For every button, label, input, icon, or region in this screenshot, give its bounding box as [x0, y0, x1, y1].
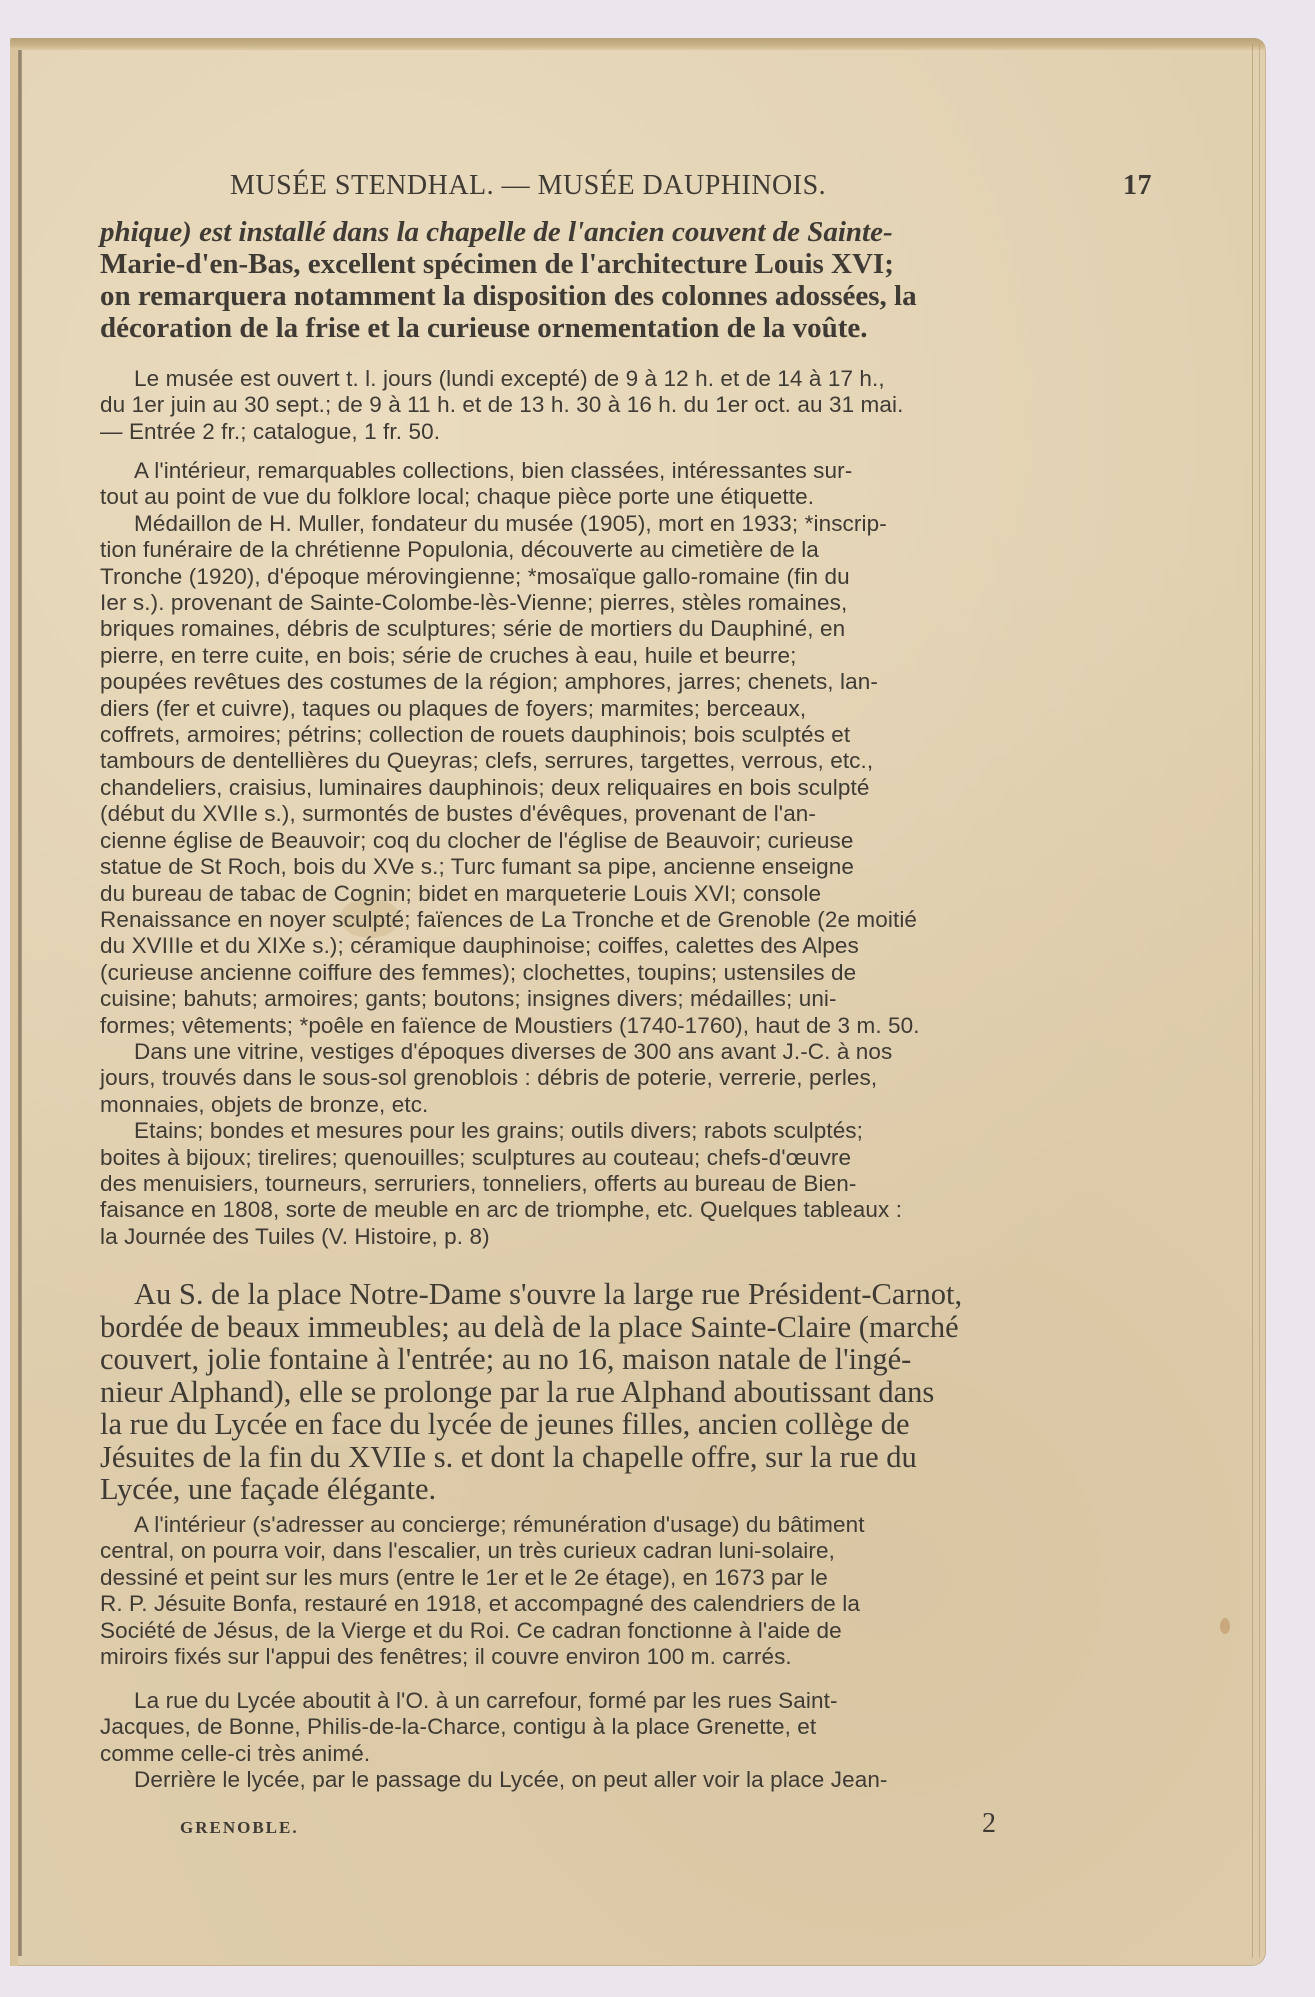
paragraph-rue-president-carnot: Au S. de la place Notre-Dame s'ouvre la …	[100, 1278, 1152, 1506]
text-line: boites à bijoux; tirelires; quenouilles;…	[100, 1145, 1152, 1171]
text-line: comme celle-ci très animé.	[100, 1741, 1152, 1767]
text-line: faisance en 1808, sorte de meuble en arc…	[100, 1197, 1152, 1223]
page-right-edge	[1252, 44, 1260, 1958]
text-line: A l'intérieur (s'adresser au concierge; …	[100, 1512, 1152, 1538]
text-line: Société de Jésus, de la Vierge et du Roi…	[100, 1618, 1152, 1644]
text-line: Tronche (1920), d'époque mérovingienne; …	[100, 564, 1152, 590]
text-line: central, on pourra voir, dans l'escalier…	[100, 1538, 1152, 1564]
paragraph-rue-du-lycee: La rue du Lycée aboutit à l'O. à un carr…	[100, 1688, 1152, 1794]
text-line: Au S. de la place Notre-Dame s'ouvre la …	[100, 1278, 1152, 1311]
text-line: (début du XVIIe s.), surmontés de bustes…	[100, 801, 1152, 827]
page-top-edge	[10, 38, 1266, 50]
page-number: 17	[1123, 170, 1152, 202]
text-line: La rue du Lycée aboutit à l'O. à un carr…	[100, 1688, 1152, 1714]
text-line: poupées revêtues des costumes de la régi…	[100, 669, 1152, 695]
text-line: dessiné et peint sur les murs (entre le …	[100, 1565, 1152, 1591]
text-line: du XVIIIe et du XIXe s.); céramique daup…	[100, 933, 1152, 959]
text-line: tion funéraire de la chrétienne Populoni…	[100, 537, 1152, 563]
text-line: nieur Alphand), elle se prolonge par la …	[100, 1376, 1152, 1409]
text-line: Le musée est ouvert t. l. jours (lundi e…	[100, 366, 1152, 392]
footer-sheet-number: 2	[982, 1808, 996, 1840]
text-line: coffrets, armoires; pétrins; collection …	[100, 722, 1152, 748]
line-text: phique) est installé dans la chapelle de…	[100, 216, 893, 248]
text-line: jours, trouvés dans le sous-sol grenoblo…	[100, 1065, 1152, 1091]
text-line: formes; vêtements; *poêle en faïence de …	[100, 1013, 1152, 1039]
text-line: monnaies, objets de bronze, etc.	[100, 1092, 1152, 1118]
text-line: A l'intérieur, remarquables collections,…	[100, 458, 1152, 484]
text-line: on remarquera notamment la disposition d…	[100, 280, 1152, 312]
text-line: Marie-d'en-Bas, excellent spécimen de l'…	[100, 248, 1152, 280]
running-head-title: MUSÉE STENDHAL. — MUSÉE DAUPHINOIS.	[230, 170, 826, 202]
text-line: Jésuites de la fin du XVIIe s. et dont l…	[100, 1441, 1152, 1474]
paper-stain	[1220, 1618, 1230, 1634]
text-line: phique) est installé dans la chapelle de…	[100, 216, 1152, 248]
text-line: décoration de la frise et la curieuse or…	[100, 312, 1152, 344]
text-line: diers (fer et cuivre), taques ou plaques…	[100, 696, 1152, 722]
text-line: Médaillon de H. Muller, fondateur du mus…	[100, 511, 1152, 537]
text-line: Dans une vitrine, vestiges d'époques div…	[100, 1039, 1152, 1065]
text-line: des menuisiers, tourneurs, serruriers, t…	[100, 1171, 1152, 1197]
text-line: — Entrée 2 fr.; catalogue, 1 fr. 50.	[100, 419, 1152, 445]
text-line: pierre, en terre cuite, en bois; série d…	[100, 643, 1152, 669]
text-line: couvert, jolie fontaine à l'entrée; au n…	[100, 1343, 1152, 1376]
text-line: Lycée, une façade élégante.	[100, 1473, 1152, 1506]
text-line: statue de St Roch, bois du XVe s.; Turc …	[100, 854, 1152, 880]
text-line: R. P. Jésuite Bonfa, restauré en 1918, e…	[100, 1591, 1152, 1617]
paragraph-opening-hours: Le musée est ouvert t. l. jours (lundi e…	[100, 366, 1152, 445]
paragraph-collections: A l'intérieur, remarquables collections,…	[100, 458, 1152, 1250]
footer-signature: GRENOBLE.	[180, 1818, 299, 1838]
paragraph-chapel: phique) est installé dans la chapelle de…	[100, 216, 1152, 344]
text-line: bordée de beaux immeubles; au delà de la…	[100, 1311, 1152, 1344]
text-line: Jacques, de Bonne, Philis-de-la-Charce, …	[100, 1714, 1152, 1740]
page-spine	[10, 38, 18, 1966]
text-line: du 1er juin au 30 sept.; de 9 à 11 h. et…	[100, 392, 1152, 418]
text-line: Ier s.). provenant de Sainte-Colombe-lès…	[100, 590, 1152, 616]
text-line: cienne église de Beauvoir; coq du cloche…	[100, 828, 1152, 854]
text-line: chandeliers, craisius, luminaires dauphi…	[100, 775, 1152, 801]
text-line: briques romaines, débris de sculptures; …	[100, 616, 1152, 642]
text-line: cuisine; bahuts; armoires; gants; bouton…	[100, 986, 1152, 1012]
text-line: du bureau de tabac de Cognin; bidet en m…	[100, 881, 1152, 907]
binding-stitch	[18, 46, 22, 1956]
text-line: la Journée des Tuiles (V. Histoire, p. 8…	[100, 1224, 1152, 1250]
text-line: la rue du Lycée en face du lycée de jeun…	[100, 1408, 1152, 1441]
text-line: tambours de dentellières du Queyras; cle…	[100, 748, 1152, 774]
text-line: Renaissance en noyer sculpté; faïences d…	[100, 907, 1152, 933]
text-line: tout au point de vue du folklore local; …	[100, 484, 1152, 510]
text-line: miroirs fixés sur l'appui des fenêtres; …	[100, 1644, 1152, 1670]
text-line: Derrière le lycée, par le passage du Lyc…	[100, 1767, 1152, 1793]
text-line: Etains; bondes et mesures pour les grain…	[100, 1118, 1152, 1144]
paragraph-cadran-luni-solaire: A l'intérieur (s'adresser au concierge; …	[100, 1512, 1152, 1670]
text-line: (curieuse ancienne coiffure des femmes);…	[100, 960, 1152, 986]
running-head: MUSÉE STENDHAL. — MUSÉE DAUPHINOIS. 17	[100, 170, 1152, 204]
